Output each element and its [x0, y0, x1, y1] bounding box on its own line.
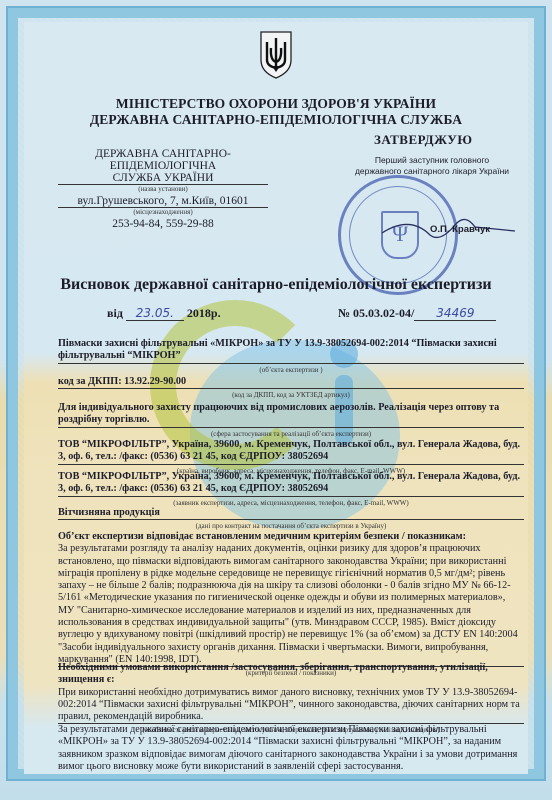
institution-name-1: ДЕРЖАВНА САНІТАРНО-ЕПІДЕМІОЛОГІЧНА: [58, 148, 268, 172]
trident-emblem-icon: [258, 30, 294, 80]
institution-address-caption: (місцезнаходження): [58, 208, 268, 216]
ministry-heading: МІНІСТЕРСТВО ОХОРОНИ ЗДОРОВ'Я УКРАЇНИ: [0, 96, 552, 112]
handwritten-number: 34469: [414, 306, 496, 321]
document-page: МІНІСТЕРСТВО ОХОРОНИ ЗДОРОВ'Я УКРАЇНИ ДЕ…: [0, 0, 552, 800]
document-date: від 23.05. 2018р.: [107, 306, 221, 321]
document-number: № 05.03.02-04/34469: [338, 306, 496, 321]
institution-address: вул.Грушевського, 7, м.Київ, 01601: [58, 195, 268, 208]
document-title: Висновок державної санітарно-епідеміолог…: [0, 276, 552, 294]
field-code: код за ДКПП: 13.92.29-90.00 (код за ДКПП…: [58, 376, 524, 402]
institution-name-caption: (назва установи): [58, 185, 268, 193]
approval-title: ЗАТВЕРДЖУЮ: [374, 132, 472, 148]
service-heading: ДЕРЖАВНА САНІТАРНО-ЕПІДЕМІОЛОГІЧНА СЛУЖБ…: [0, 112, 552, 128]
institution-name-2: СЛУЖБА УКРАЇНИ: [58, 172, 268, 185]
conclusion-section: За результатами державної санітарно-епід…: [58, 724, 524, 773]
institution-phones: 253-94-84, 559-29-88: [58, 218, 268, 230]
criteria-heading: Об’єкт експертизи відповідає встановлени…: [58, 531, 524, 543]
field-object: Півмаски захисні фільтрувальні «МІКРОН» …: [58, 338, 524, 376]
institution-block: ДЕРЖАВНА САНІТАРНО-ЕПІДЕМІОЛОГІЧНА СЛУЖБ…: [58, 148, 268, 230]
field-applicant: ТОВ “МІКРОФІЛЬТР”, Україна, 39600, м. Кр…: [58, 471, 524, 509]
conclusion-text: За результатами державної санітарно-епід…: [58, 724, 524, 773]
field-origin: Вітчизняна продукція (дані про контракт …: [58, 507, 524, 533]
approval-position: Перший заступник головного державного са…: [352, 155, 512, 177]
field-scope: Для індивідуального захисту працюючих ві…: [58, 402, 524, 440]
handwritten-date: 23.05.: [126, 306, 184, 321]
criteria-section: Об’єкт експертизи відповідає встановлени…: [58, 531, 524, 680]
criteria-text: За результатами розгляду та аналізу нада…: [58, 543, 524, 667]
conditions-text: При використанні необхідно дотримуватись…: [58, 687, 524, 725]
conditions-heading: Необхідними умовами використання /застос…: [58, 662, 524, 687]
signer-name: О.П. Кравчук: [430, 224, 490, 235]
